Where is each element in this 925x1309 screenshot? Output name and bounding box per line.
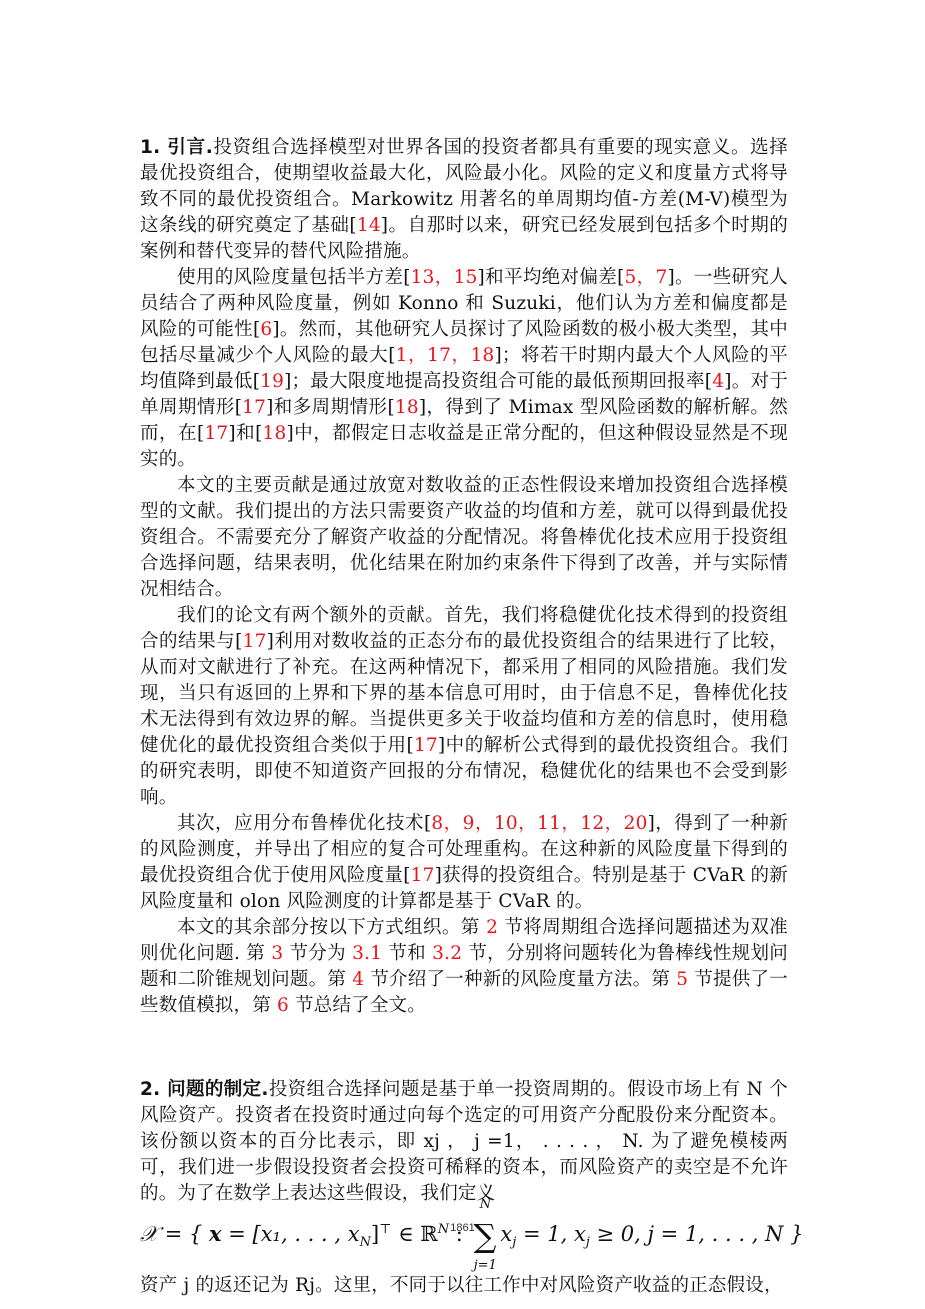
body-text: 资产 j 的返还记为 Rj。这里，不同于以往工作中对风险资产收益的正态假设， (140, 1275, 783, 1296)
citation-link[interactable]: 17 (204, 423, 228, 444)
citation-link[interactable]: 3 (271, 943, 283, 964)
body-text: ]和平均绝对偏差[ (478, 267, 625, 288)
citation-link[interactable]: 17 (414, 735, 438, 756)
citation-link[interactable]: 2 (486, 917, 498, 938)
section-1-p6-text: 本文的其余部分按以下方式组织。第 2 节将周期组合选择问题描述为双准则优化问题.… (140, 917, 788, 1016)
section-1-paragraph-1: 1. 引言.投资组合选择模型对世界各国的投资者都具有重要的现实意义。选择最优投资… (140, 135, 788, 265)
citation-link[interactable]: 13，15 (411, 267, 478, 288)
citation-link[interactable]: 19 (260, 371, 284, 392)
citation-link[interactable]: 1，17，18 (396, 345, 495, 366)
body-text: 节介绍了一种新的风险度量方法。第 (364, 969, 676, 990)
citation-link[interactable]: 17 (242, 397, 266, 418)
sigma-upper-limit: N (480, 1197, 491, 1212)
document-page: 1. 引言.投资组合选择模型对世界各国的投资者都具有重要的现实意义。选择最优投资… (140, 135, 788, 1299)
section-1-p4-text: 我们的论文有两个额外的贡献。首先，我们将稳健优化技术得到的投资组合的结果与[17… (140, 605, 788, 808)
citation-link[interactable]: 5 (676, 969, 688, 990)
formula-subscript-n: N (360, 1235, 371, 1250)
body-text: 节总结了全文。 (289, 995, 426, 1016)
body-text: 本文的主要贡献是通过放宽对数收益的正态性假设来增加投资组合选择模型的文献。我们提… (140, 475, 788, 600)
citation-link[interactable]: 4 (712, 371, 724, 392)
section-1-heading: 1. 引言. (140, 137, 213, 158)
body-text: ]；最大限度地提高投资组合可能的最低预期回报率[ (284, 371, 712, 392)
body-text: 节分为 (283, 943, 352, 964)
body-text: 节和 (382, 943, 432, 964)
citation-link[interactable]: 5，7 (625, 267, 668, 288)
feasible-set-formula: 𝒳 = { x = [x₁, . . . , xN]⊤ ∈ ℝN : ∑Nj=1… (140, 1207, 788, 1273)
citation-link[interactable]: 18 (263, 423, 287, 444)
page-number: 1861 (0, 1222, 925, 1234)
section-1-p2-text: 使用的风险度量包括半方差[13，15]和平均绝对偏差[5，7]。一些研究人员结合… (140, 267, 788, 470)
sigma-lower-limit: j=1 (474, 1258, 497, 1273)
section-1-p5-text: 其次，应用分布鲁棒优化技术[8，9，10，11，12，20]，得到了一种新的风险… (140, 813, 788, 912)
section-1-paragraph-3: 本文的主要贡献是通过放宽对数收益的正态性假设来增加投资组合选择模型的文献。我们提… (140, 473, 788, 603)
citation-link[interactable]: 14 (357, 215, 381, 236)
citation-link[interactable]: 17 (243, 631, 267, 652)
section-2-p2-text: 资产 j 的返还记为 Rj。这里，不同于以往工作中对风险资产收益的正态假设， (140, 1275, 783, 1296)
section-1-p1-text: 投资组合选择模型对世界各国的投资者都具有重要的现实意义。选择最优投资组合，使期望… (140, 137, 788, 262)
section-2-paragraph-2: 资产 j 的返还记为 Rj。这里，不同于以往工作中对风险资产收益的正态假设， (140, 1273, 788, 1299)
citation-link[interactable]: 17 (411, 865, 435, 886)
body-text: 其次，应用分布鲁棒优化技术[ (177, 813, 431, 834)
section-gap (140, 1019, 788, 1077)
citation-link[interactable]: 3.1 (352, 943, 382, 964)
section-1-p3-text: 本文的主要贡献是通过放宽对数收益的正态性假设来增加投资组合选择模型的文献。我们提… (140, 475, 788, 600)
section-2-paragraph-1: 2. 问题的制定.投资组合选择问题是基于单一投资周期的。假设市场上有 N 个风险… (140, 1077, 788, 1207)
section-1-paragraph-6: 本文的其余部分按以下方式组织。第 2 节将周期组合选择问题描述为双准则优化问题.… (140, 915, 788, 1019)
citation-link[interactable]: 18 (395, 397, 419, 418)
section-1-paragraph-2: 使用的风险度量包括半方差[13，15]和平均绝对偏差[5，7]。一些研究人员结合… (140, 265, 788, 473)
citation-link[interactable]: 6 (277, 995, 289, 1016)
section-2-heading: 2. 问题的制定. (140, 1079, 269, 1100)
body-text: 本文的其余部分按以下方式组织。第 (177, 917, 486, 938)
body-text: ]和多周期情形[ (266, 397, 395, 418)
citation-link[interactable]: 3.2 (432, 943, 462, 964)
citation-link[interactable]: 4 (352, 969, 364, 990)
section-1-paragraph-5: 其次，应用分布鲁棒优化技术[8，9，10，11，12，20]，得到了一种新的风险… (140, 811, 788, 915)
body-text: ]和[ (228, 423, 262, 444)
body-text: 使用的风险度量包括半方差[ (177, 267, 411, 288)
citation-link[interactable]: 8，9，10，11，12，20 (431, 813, 647, 834)
section-1-paragraph-4: 我们的论文有两个额外的贡献。首先，我们将稳健优化技术得到的投资组合的结果与[17… (140, 603, 788, 811)
citation-link[interactable]: 6 (260, 319, 272, 340)
